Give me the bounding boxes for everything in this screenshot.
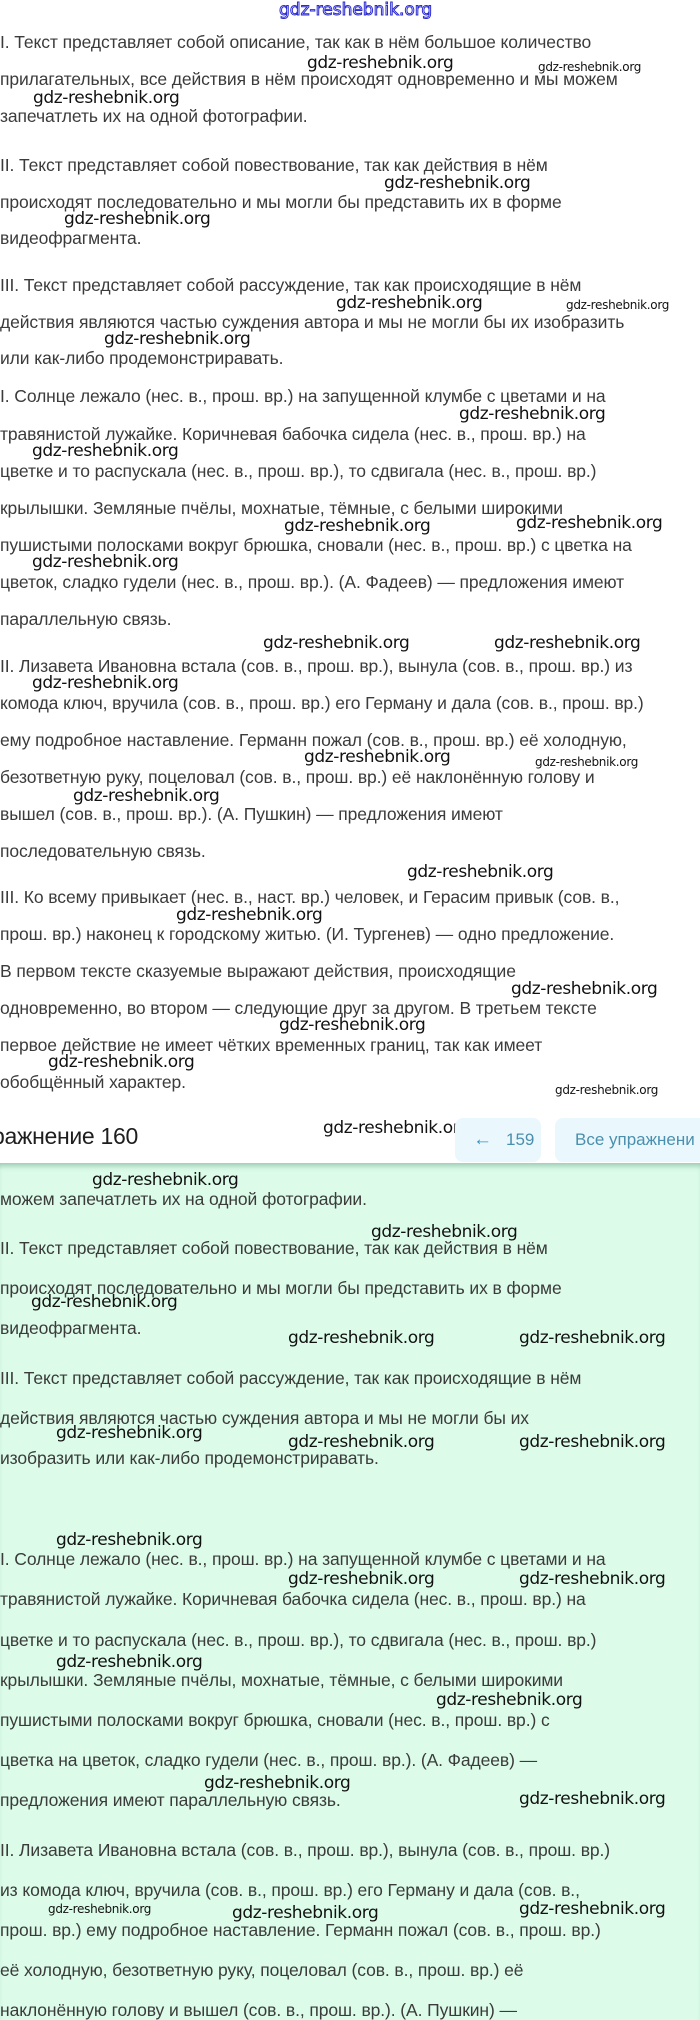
watermark: gdz-reshebnik.org <box>204 1773 350 1793</box>
answer-line: её холодную, безответную руку, поцеловал… <box>0 1960 523 1981</box>
watermark: gdz-reshebnik.org <box>288 1569 434 1589</box>
text-line: параллельную связь. <box>0 609 171 630</box>
watermark: gdz-reshebnik.org <box>566 298 669 312</box>
text-line: вышел (сов. в., прош. вр.). (А. Пушкин) … <box>0 804 503 825</box>
watermark: gdz-reshebnik.org <box>56 1530 202 1550</box>
watermark: gdz-reshebnik.org <box>48 1052 194 1072</box>
answer-line: из комода ключ, вручила (сов. в., прош. … <box>0 1880 580 1901</box>
watermark: gdz-reshebnik.org <box>31 1292 177 1312</box>
watermark: gdz-reshebnik.org <box>323 1118 469 1138</box>
watermark: gdz-reshebnik.org <box>64 209 210 229</box>
answer-line: травянистой лужайке. Коричневая бабочка … <box>0 1589 586 1610</box>
text-line: крылышки. Земляные пчёлы, мохнатые, тёмн… <box>0 498 563 519</box>
watermark: gdz-reshebnik.org <box>519 1789 665 1809</box>
previous-exercise-number: 159 <box>506 1130 534 1150</box>
watermark: gdz-reshebnik.org <box>519 1899 665 1919</box>
watermark: gdz-reshebnik.org <box>56 1423 202 1443</box>
text-line: действия являются частью суждения автора… <box>0 312 624 333</box>
watermark: gdz-reshebnik.org <box>519 1569 665 1589</box>
site-watermark-header: gdz-reshebnik.org <box>279 0 432 20</box>
answer-line: наклонённую голову и вышел (сов. в., про… <box>0 2000 517 2020</box>
watermark: gdz-reshebnik.org <box>519 1432 665 1452</box>
text-line: или как-либо продемонстриравать. <box>0 348 283 369</box>
watermark: gdz-reshebnik.org <box>307 53 453 73</box>
text-line: безответную руку, поцеловал (сов. в., пр… <box>0 767 595 788</box>
text-line: видеофрагмента. <box>0 228 141 249</box>
watermark: gdz-reshebnik.org <box>538 60 641 74</box>
answer-line: цветка на цветок, сладко гудели (нес. в.… <box>0 1750 537 1771</box>
watermark: gdz-reshebnik.org <box>32 552 178 572</box>
watermark: gdz-reshebnik.org <box>288 1328 434 1348</box>
answer-line: крылышки. Земляные пчёлы, мохнатые, тёмн… <box>0 1670 563 1691</box>
answer-line: прош. вр.) ему подробное наставление. Ге… <box>0 1920 601 1941</box>
watermark: gdz-reshebnik.org <box>519 1328 665 1348</box>
watermark: gdz-reshebnik.org <box>73 786 219 806</box>
answer-line: видеофрагмента. <box>0 1318 141 1339</box>
previous-exercise-button[interactable]: ← 159 <box>455 1118 541 1162</box>
watermark: gdz-reshebnik.org <box>371 1222 517 1242</box>
arrow-left-icon: ← <box>473 1129 492 1151</box>
exercise-title: ражнение 160 <box>0 1123 138 1150</box>
watermark: gdz-reshebnik.org <box>511 979 657 999</box>
text-line: прош. вр.) наконец к городскому житью. (… <box>0 924 614 945</box>
watermark: gdz-reshebnik.org <box>263 633 409 653</box>
watermark: gdz-reshebnik.org <box>32 673 178 693</box>
watermark: gdz-reshebnik.org <box>516 513 662 533</box>
text-line: I. Текст представляет собой описание, та… <box>0 32 591 53</box>
watermark: gdz-reshebnik.org <box>436 1690 582 1710</box>
text-line: комода ключ, вручила (сов. в., прош. вр.… <box>0 693 644 714</box>
watermark: gdz-reshebnik.org <box>104 329 250 349</box>
text-line: цветок, сладко гудели (нес. в., прош. вр… <box>0 572 624 593</box>
text-line: последовательную связь. <box>0 841 206 862</box>
watermark: gdz-reshebnik.org <box>384 173 530 193</box>
text-line: запечатлеть их на одной фотографии. <box>0 106 308 127</box>
watermark: gdz-reshebnik.org <box>284 516 430 536</box>
answer-line: II. Лизавета Ивановна встала (сов. в., п… <box>0 1840 610 1861</box>
watermark: gdz-reshebnik.org <box>459 404 605 424</box>
watermark: gdz-reshebnik.org <box>32 441 178 461</box>
all-exercises-label: Все упражнени <box>575 1130 695 1150</box>
watermark: gdz-reshebnik.org <box>535 755 638 769</box>
text-line: обобщённый характер. <box>0 1072 186 1093</box>
answer-line: пушистыми полосками вокруг брюшка, снова… <box>0 1710 550 1731</box>
watermark: gdz-reshebnik.org <box>279 1015 425 1035</box>
text-line: цветке и то распускала (нес. в., прош. в… <box>0 461 596 482</box>
watermark: gdz-reshebnik.org <box>494 633 640 653</box>
watermark: gdz-reshebnik.org <box>232 1903 378 1923</box>
text-line: В первом тексте сказуемые выражают дейст… <box>0 961 516 982</box>
answer-line: цветке и то распускала (нес. в., прош. в… <box>0 1630 596 1651</box>
watermark: gdz-reshebnik.org <box>176 905 322 925</box>
all-exercises-button[interactable]: Все упражнени <box>555 1118 700 1162</box>
answer-line: можем запечатлеть их на одной фотографии… <box>0 1189 367 1210</box>
text-line: III. Текст представляет собой рассуждени… <box>0 275 581 296</box>
watermark: gdz-reshebnik.org <box>555 1083 658 1097</box>
watermark: gdz-reshebnik.org <box>56 1652 202 1672</box>
watermark: gdz-reshebnik.org <box>92 1170 238 1190</box>
watermark: gdz-reshebnik.org <box>33 88 179 108</box>
watermark: gdz-reshebnik.org <box>304 747 450 767</box>
watermark: gdz-reshebnik.org <box>288 1432 434 1452</box>
answer-line: предложения имеют параллельную связь. <box>0 1790 341 1811</box>
watermark: gdz-reshebnik.org <box>407 862 553 882</box>
answer-line: I. Солнце лежало (нес. в., прош. вр.) на… <box>0 1549 606 1570</box>
watermark: gdz-reshebnik.org <box>336 293 482 313</box>
watermark: gdz-reshebnik.org <box>48 1902 151 1916</box>
answer-line: III. Текст представляет собой рассуждени… <box>0 1368 581 1389</box>
